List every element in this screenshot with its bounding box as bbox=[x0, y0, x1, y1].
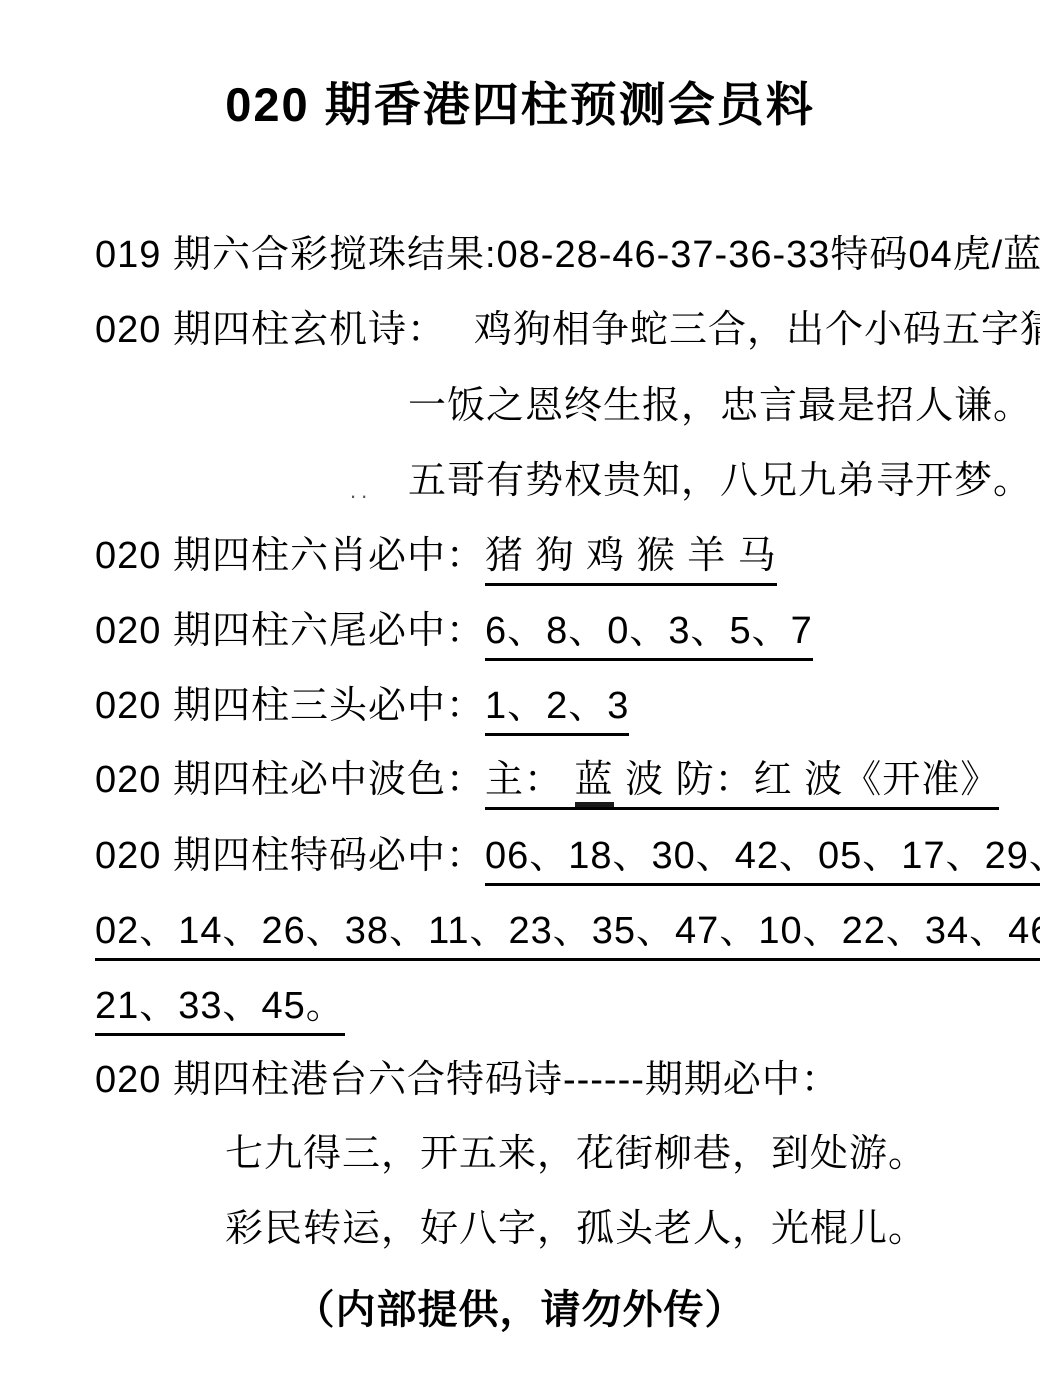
special-numbers-line-2: 02、14、26、38、11、23、35、47、10、22、34、46、09、 bbox=[95, 910, 1040, 954]
three-heads-value: 1、2、3 bbox=[485, 685, 629, 736]
special-numbers-label: 020 期四柱特码必中： bbox=[95, 835, 485, 877]
wave-color-line: 020 期四柱必中波色：主： 蓝 波 防：红 波《开准》 bbox=[95, 759, 999, 803]
page-title: 020 期香港四柱预测会员料 bbox=[0, 68, 1040, 135]
six-zodiac-label: 020 期四柱六肖必中： bbox=[95, 535, 485, 577]
mystery-poem-text-2: 一饭之恩终生报，忠言最是招人谦。 bbox=[408, 385, 1032, 429]
special-numbers-value-2: 02、14、26、38、11、23、35、47、10、22、34、46、09、 bbox=[95, 910, 1040, 961]
special-poem-verse-1: 七九得三，开五来，花街柳巷，到处游。 bbox=[225, 1133, 927, 1177]
scan-artifact-dots: .. bbox=[350, 478, 372, 504]
wave-color-rest: 波 防：红 波《开准》 bbox=[614, 759, 1000, 801]
wave-color-main-label: 主： bbox=[485, 759, 575, 801]
wave-color-main-value: 蓝 bbox=[575, 759, 614, 807]
six-zodiac-line: 020 期四柱六肖必中：猪 狗 鸡 猴 羊 马 bbox=[95, 535, 777, 579]
special-numbers-line-3: 21、33、45。 bbox=[95, 985, 345, 1029]
wave-color-label: 020 期四柱必中波色： bbox=[95, 759, 485, 801]
mystery-poem-line-1: 020 期四柱玄机诗：鸡狗相争蛇三合，出个小码五字猜。 bbox=[95, 309, 1040, 353]
wave-color-value: 主： 蓝 波 防：红 波《开准》 bbox=[485, 759, 999, 810]
three-heads-line: 020 期四柱三头必中：1、2、3 bbox=[95, 685, 629, 729]
six-tails-label: 020 期四柱六尾必中： bbox=[95, 610, 485, 652]
six-tails-value: 6、8、0、3、5、7 bbox=[485, 610, 813, 661]
mystery-poem-text-3: 五哥有势权贵知，八兄九弟寻开梦。 bbox=[408, 460, 1032, 504]
special-numbers-value-3: 21、33、45。 bbox=[95, 985, 345, 1036]
special-numbers-line-1: 020 期四柱特码必中：06、18、30、42、05、17、29、41、 bbox=[95, 835, 1040, 879]
six-zodiac-value: 猪 狗 鸡 猴 羊 马 bbox=[485, 535, 777, 586]
previous-draw-result: 019 期六合彩搅珠结果:08-28-46-37-36-33特码04虎/蓝/金 bbox=[95, 234, 1040, 278]
mystery-poem-label: 020 期四柱玄机诗： bbox=[95, 309, 446, 351]
mystery-poem-text-1: 鸡狗相争蛇三合，出个小码五字猜。 bbox=[474, 309, 1040, 351]
special-numbers-value-1: 06、18、30、42、05、17、29、41、 bbox=[485, 835, 1040, 886]
six-tails-line: 020 期四柱六尾必中：6、8、0、3、5、7 bbox=[95, 610, 813, 654]
special-poem-label: 020 期四柱港台六合特码诗------期期必中： bbox=[95, 1059, 840, 1103]
three-heads-label: 020 期四柱三头必中： bbox=[95, 685, 485, 727]
document-page: 020 期香港四柱预测会员料 019 期六合彩搅珠结果:08-28-46-37-… bbox=[0, 0, 1040, 1388]
special-poem-verse-2: 彩民转运，好八字，孤头老人，光棍儿。 bbox=[225, 1208, 927, 1252]
internal-use-note: （内部提供，请勿外传） bbox=[0, 1278, 1040, 1335]
